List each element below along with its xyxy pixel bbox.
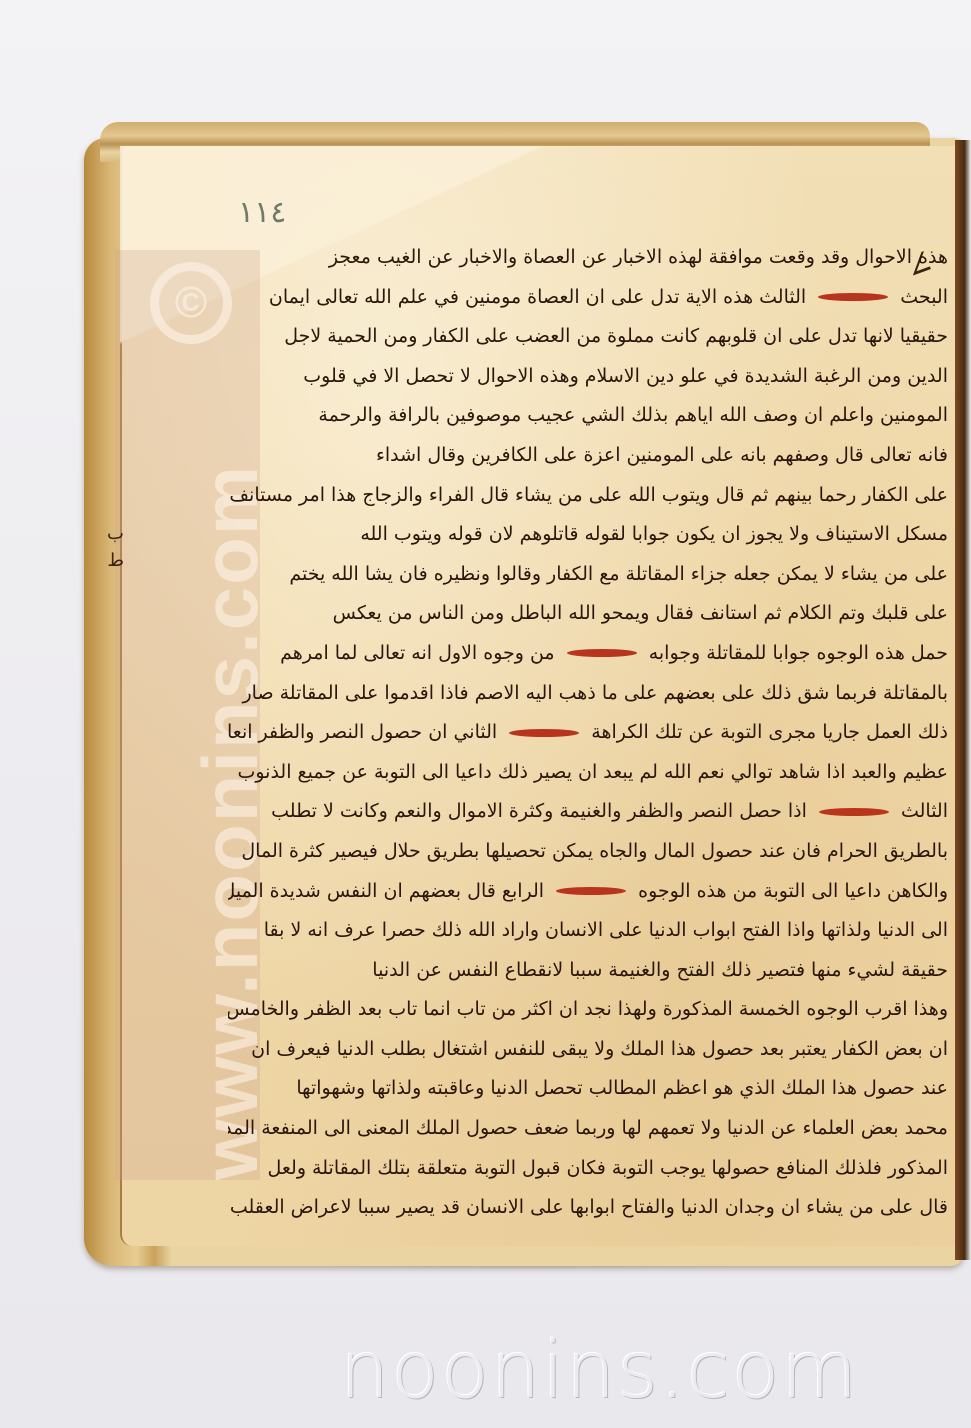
- manuscript-line: ذلك العمل جاريا مجرى التوبة عن تلك الكرا…: [228, 713, 948, 753]
- manuscript-line: بالمقاتلة فربما شق ذلك على بعضهم على ما …: [228, 674, 948, 714]
- manuscript-line: وهذا اقرب الوجوه الخمسة المذكورة ولهذا ن…: [228, 990, 948, 1030]
- manuscript-line: الدين ومن الرغبة الشديدة في علو دين الاس…: [228, 357, 948, 397]
- manuscript-line: المذكور فلذلك المنافع حصولها يوجب التوبة…: [228, 1149, 948, 1189]
- rubric-overline-mark: [509, 729, 579, 737]
- manuscript-line: حمل هذه الوجوه جوابا للمقاتلة وجوابه من …: [228, 634, 948, 674]
- copyright-icon: ©: [150, 262, 232, 344]
- book-binding-edge: [955, 140, 971, 1260]
- manuscript-line: حقيقة لشيء منها فتصير ذلك الفتح والغنيمة…: [228, 951, 948, 991]
- manuscript-line: عند حصول هذا الملك الذي هو اعظم المطالب …: [228, 1069, 948, 1109]
- rubric-overline-mark: [567, 649, 637, 657]
- manuscript-line: الثالث اذا حصل النصر والظفر والغنيمة وكث…: [228, 792, 948, 832]
- manuscript-line: على من يشاء لا يمكن جعله جزاء المقاتلة م…: [228, 555, 948, 595]
- manuscript-line: المومنين واعلم ان وصف الله اياهم بذلك ال…: [228, 396, 948, 436]
- manuscript-text-block: هذه الاحوال وقد وقعت موافقة لهذه الاخبار…: [228, 238, 948, 1228]
- manuscript-line: قال على من يشاء ان وجدان الدنيا والفتاح …: [228, 1188, 948, 1228]
- manuscript-line: على الكفار رحما بينهم ثم قال ويتوب الله …: [228, 476, 948, 516]
- manuscript-line: فانه تعالى قال وصفهم بانه على المومنين ا…: [228, 436, 948, 476]
- manuscript-line: الى الدنيا ولذاتها واذا الفتح ابواب الدن…: [228, 911, 948, 951]
- rubric-overline-mark: [818, 293, 888, 301]
- manuscript-line: والكاهن داعيا الى التوبة من هذه الوجوه ا…: [228, 872, 948, 912]
- left-margin-note: ب ط: [100, 520, 124, 574]
- manuscript-line: مسكل الاستيناف ولا يجوز ان يكون جوابا لق…: [228, 515, 948, 555]
- watermark-bottom-text: noonins.com: [340, 1326, 859, 1416]
- manuscript-line: بالطريق الحرام فان عند حصول المال والجاه…: [228, 832, 948, 872]
- manuscript-line: حقيقيا لانها تدل على ان قلوبهم كانت مملو…: [228, 317, 948, 357]
- manuscript-line: البحث الثالث هذه الاية تدل على ان العصاة…: [228, 278, 948, 318]
- manuscript-line: عظيم والعبد اذا شاهد توالي نعم الله لم ي…: [228, 753, 948, 793]
- manuscript-line: محمد بعض العلماء عن الدنيا ولا تعمهم لها…: [228, 1109, 948, 1149]
- rubric-overline-mark: [819, 808, 889, 816]
- rubric-overline-mark: [556, 887, 626, 895]
- manuscript-line: على قلبك وتم الكلام ثم استانف فقال ويمحو…: [228, 594, 948, 634]
- folio-number: ١١٤: [238, 195, 286, 230]
- manuscript-line: هذه الاحوال وقد وقعت موافقة لهذه الاخبار…: [228, 238, 948, 278]
- manuscript-line: ان بعض الكفار يعتبر بعد حصول هذا الملك و…: [228, 1030, 948, 1070]
